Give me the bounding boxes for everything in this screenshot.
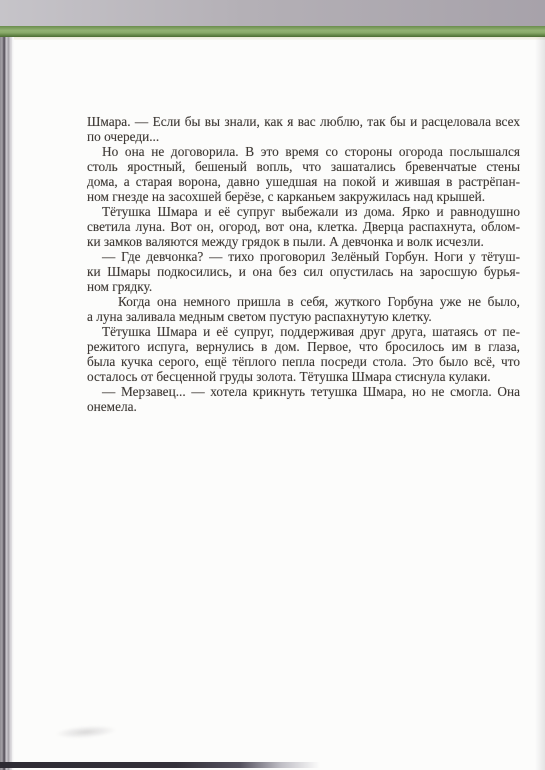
page-stack-left-edge — [0, 37, 14, 770]
text-line: Шмара. — Если бы вы знали, как я вас люб… — [87, 114, 520, 129]
text-line: по очереди... — [87, 129, 520, 144]
text-line: Когда она немного пришла в себя, жуткого… — [87, 294, 520, 309]
text-line: онемела. — [87, 399, 520, 414]
book-cover-green-edge — [0, 26, 545, 37]
scanner-background-top — [0, 0, 545, 26]
text-line: режитого испуга, вернулись в дом. Первое… — [87, 339, 520, 354]
text-line: а луна заливала медным светом пустую рас… — [87, 309, 520, 324]
scanned-book-page: Шмара. — Если бы вы знали, как я вас люб… — [0, 0, 545, 770]
text-line: ки замков валяются между грядок в пыли. … — [87, 234, 520, 249]
page-right-edge-shadow — [535, 37, 545, 770]
pencil-smudge — [55, 724, 118, 740]
text-line: Но она не договорила. В это время со сто… — [87, 144, 520, 159]
text-line: столь яростный, бешеный вопль, что зашат… — [87, 159, 520, 174]
text-line: ном грядку. — [87, 279, 520, 294]
text-line: Тётушка Шмара и её супруг, поддерживая д… — [87, 324, 520, 339]
text-line: Тётушка Шмара и её супруг выбежали из до… — [87, 204, 520, 219]
text-line: ном гнезде на засохшей берёзе, с каркань… — [87, 189, 520, 204]
scan-bottom-edge-shadow — [0, 762, 320, 768]
text-line: была кучка серого, ещё тёплого пепла пос… — [87, 354, 520, 369]
text-line: — Где девчонка? — тихо проговорил Зелёны… — [87, 249, 520, 264]
text-line: — Мерзавец... — хотела крикнуть тетушка … — [87, 384, 520, 399]
text-line: осталось от бесценной груды золота. Тёту… — [87, 369, 520, 384]
text-line: светила луна. Вот он, огород, вот она, к… — [87, 219, 520, 234]
text-line: ки Шмары подкосились, и она без сил опус… — [87, 264, 520, 279]
page-text: Шмара. — Если бы вы знали, как я вас люб… — [87, 114, 520, 414]
text-line: дома, а старая ворона, давно ушедшая на … — [87, 174, 520, 189]
